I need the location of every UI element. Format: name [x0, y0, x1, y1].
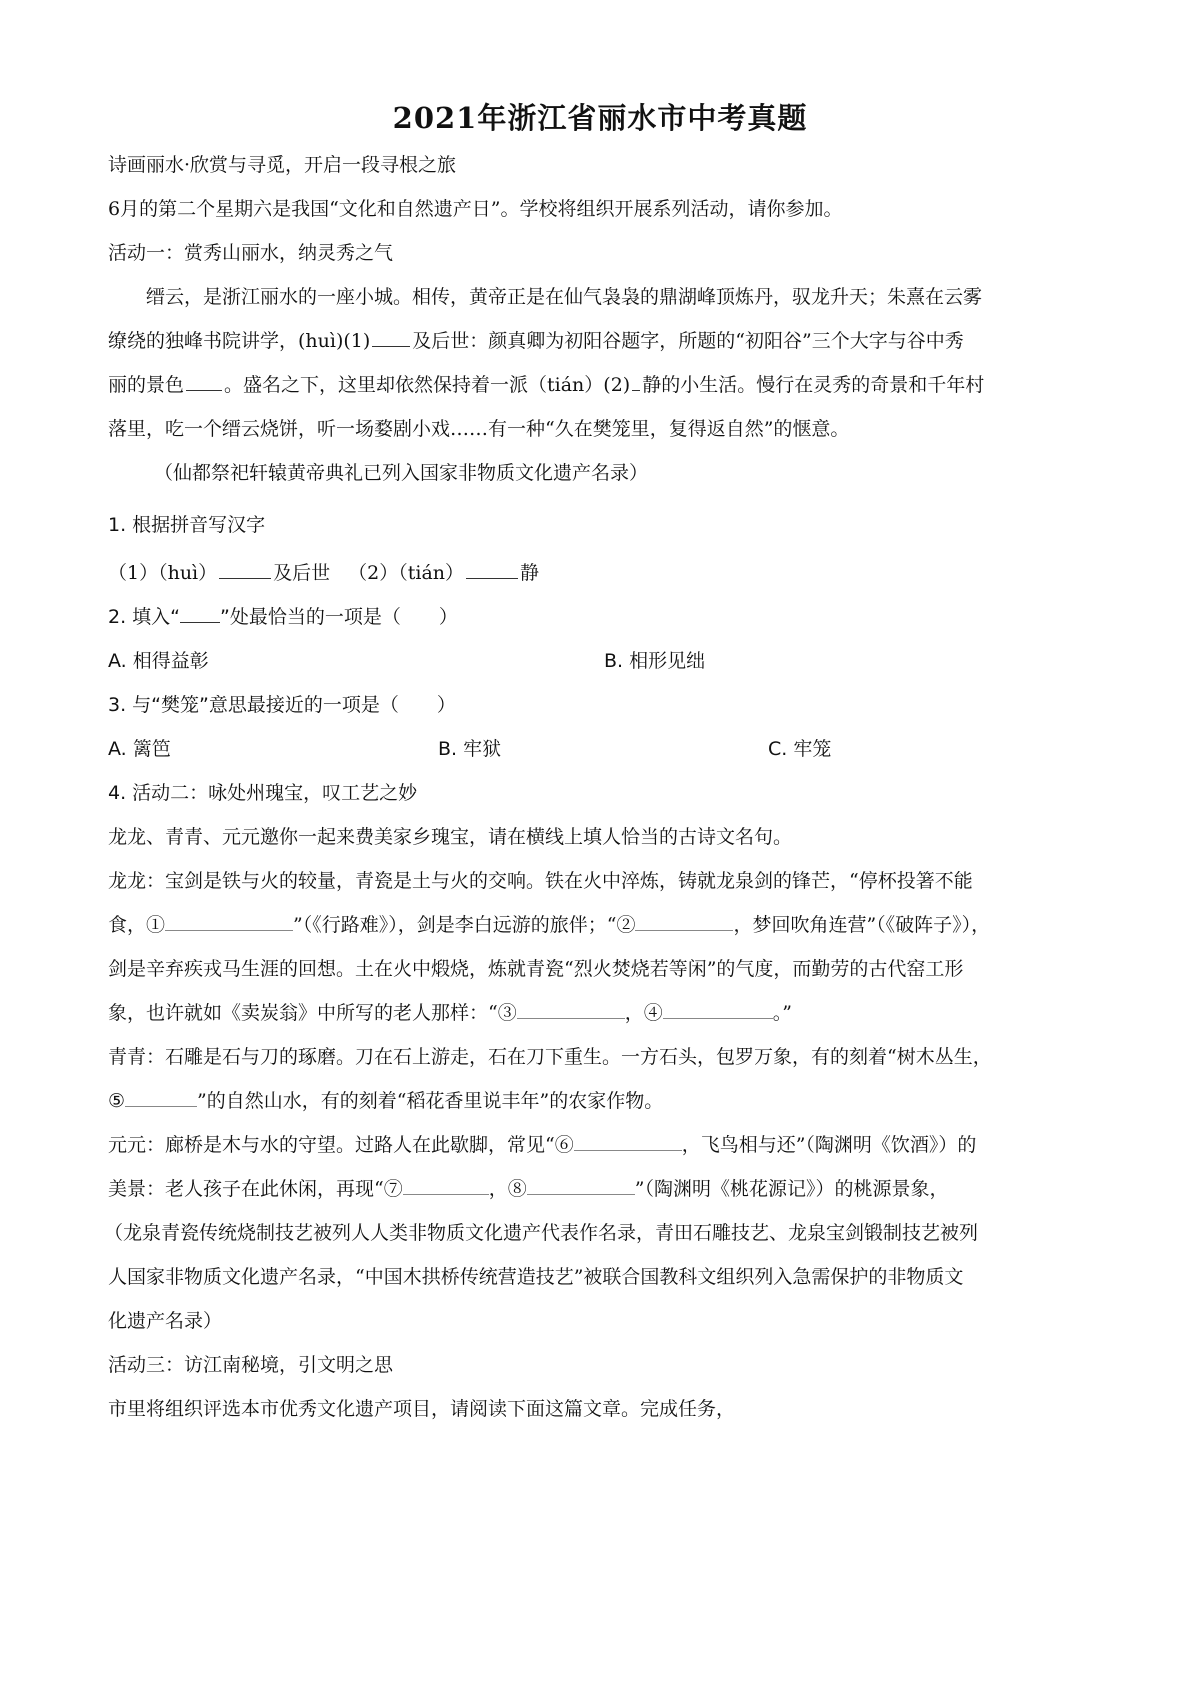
answer-blank-2[interactable]	[635, 912, 733, 931]
subtitle: 诗画丽水·欣赏与寻觅，开启一段寻根之旅	[108, 152, 1088, 178]
q1-answer-2[interactable]	[466, 560, 518, 579]
answer-blank-7[interactable]	[403, 1176, 489, 1195]
passage-line-1: 缙云，是浙江丽水的一座小城。相传，黄帝正是在仙气袅袅的鼎湖峰顶炼丹，驭龙升天；朱…	[108, 284, 1126, 310]
q3-option-c[interactable]: C. 牢笼	[768, 736, 831, 762]
answer-blank-4[interactable]	[663, 1000, 773, 1019]
q2-option-b[interactable]: B. 相形见绌	[604, 648, 705, 674]
q3-option-b[interactable]: B. 牢狱	[438, 736, 501, 762]
longlong-line-1: 龙龙：宝剑是铁与火的较量，青瓷是土与火的交响。铁在火中淬炼，铸就龙泉剑的锋芒，“…	[108, 868, 1088, 894]
answer-blank-1[interactable]	[165, 912, 293, 931]
q3-stem: 3. 与“樊笼”意思最接近的一项是（ ）	[108, 692, 1088, 718]
q2-stem: 2. 填入“”处最恰当的一项是（ ）	[108, 604, 1088, 630]
q1-stem: 1. 根据拼音写汉字	[108, 512, 1088, 538]
q1-items: （1）（huì）及后世（2）（tián）静	[108, 560, 1088, 586]
passage-line-3: 丽的景色。盛名之下，这里却依然保持着一派（tián）(2)静的小生活。慢行在灵秀…	[108, 372, 1088, 398]
heritage-note-1: （龙泉青瓷传统烧制技艺被列人人类非物质文化遗产代表作名录，青田石雕技艺、龙泉宝剑…	[104, 1220, 1084, 1246]
yuanyuan-line-2: 美景：老人孩子在此休闲，再现“⑦，⑧”（陶渊明《桃花源记》）的桃源景象，	[108, 1176, 1088, 1202]
q1-answer-1[interactable]	[219, 560, 271, 579]
qingqing-line-2: ⑤”的自然山水，有的刻着“稻花香里说丰年”的农家作物。	[108, 1088, 1088, 1114]
q4-intro: 龙龙、青青、元元邀你一起来费美家乡瑰宝，请在横线上填人恰当的古诗文名句。	[108, 824, 1088, 850]
answer-blank-5[interactable]	[125, 1088, 197, 1107]
passage-line-2: 缭绕的独峰书院讲学，(huì)(1)及后世：颜真卿为初阳谷题字，所题的“初阳谷”…	[108, 328, 1088, 354]
blank-2	[632, 372, 640, 391]
activity3-intro: 市里将组织评选本市优秀文化遗产项目，请阅读下面这篇文章。完成任务，	[108, 1396, 1088, 1422]
activity1-heading: 活动一：赏秀山丽水，纳灵秀之气	[108, 240, 1088, 266]
page-title: 2021年浙江省丽水市中考真题	[0, 96, 1200, 137]
activity3-heading: 活动三：访江南秘境，引文明之思	[108, 1352, 1088, 1378]
intro-text: 6月的第二个星期六是我国“文化和自然遗产日”。学校将组织开展系列活动，请你参加。	[108, 196, 1088, 222]
q4-heading: 4. 活动二：咏处州瑰宝，叹工艺之妙	[108, 780, 1088, 806]
q2-option-a[interactable]: A. 相得益彰	[108, 648, 209, 674]
yuanyuan-line-1: 元元：廊桥是木与水的守望。过路人在此歇脚，常见“⑥，飞鸟相与还”（陶渊明《饮酒》…	[108, 1132, 1088, 1158]
q2-blank	[180, 604, 220, 623]
heritage-note-3: 化遗产名录）	[108, 1308, 1088, 1334]
blank-fill	[186, 372, 222, 391]
blank-1	[372, 328, 410, 347]
activity1-note: （仙都祭祀轩辕黄帝典礼已列入国家非物质文化遗产名录）	[108, 460, 1134, 486]
exam-page: 2021年浙江省丽水市中考真题 诗画丽水·欣赏与寻觅，开启一段寻根之旅 6月的第…	[0, 0, 1200, 1698]
answer-blank-3[interactable]	[517, 1000, 625, 1019]
answer-blank-8[interactable]	[527, 1176, 635, 1195]
passage-line-4: 落里，吃一个缙云烧饼，听一场婺剧小戏……有一种“久在樊笼里，复得返自然”的惬意。	[108, 416, 1088, 442]
q3-option-a[interactable]: A. 篱笆	[108, 736, 171, 762]
longlong-line-2: 食，①”（《行路难》），剑是李白远游的旅伴；“②，梦回吹角连营”（《破阵子》），	[108, 912, 1088, 938]
longlong-line-3: 剑是辛弃疾戎马生涯的回想。土在火中煅烧，炼就青瓷“烈火焚烧若等闲”的气度，而勤劳…	[108, 956, 1088, 982]
answer-blank-6[interactable]	[574, 1132, 682, 1151]
qingqing-line-1: 青青：石雕是石与刀的琢磨。刀在石上游走，石在刀下重生。一方石头，包罗万象，有的刻…	[108, 1044, 1088, 1070]
heritage-note-2: 人国家非物质文化遗产名录，“中国木拱桥传统营造技艺”被联合国教科文组织列入急需保…	[108, 1264, 1088, 1290]
longlong-line-4: 象，也许就如《卖炭翁》中所写的老人那样：“③，④。”	[108, 1000, 1088, 1026]
